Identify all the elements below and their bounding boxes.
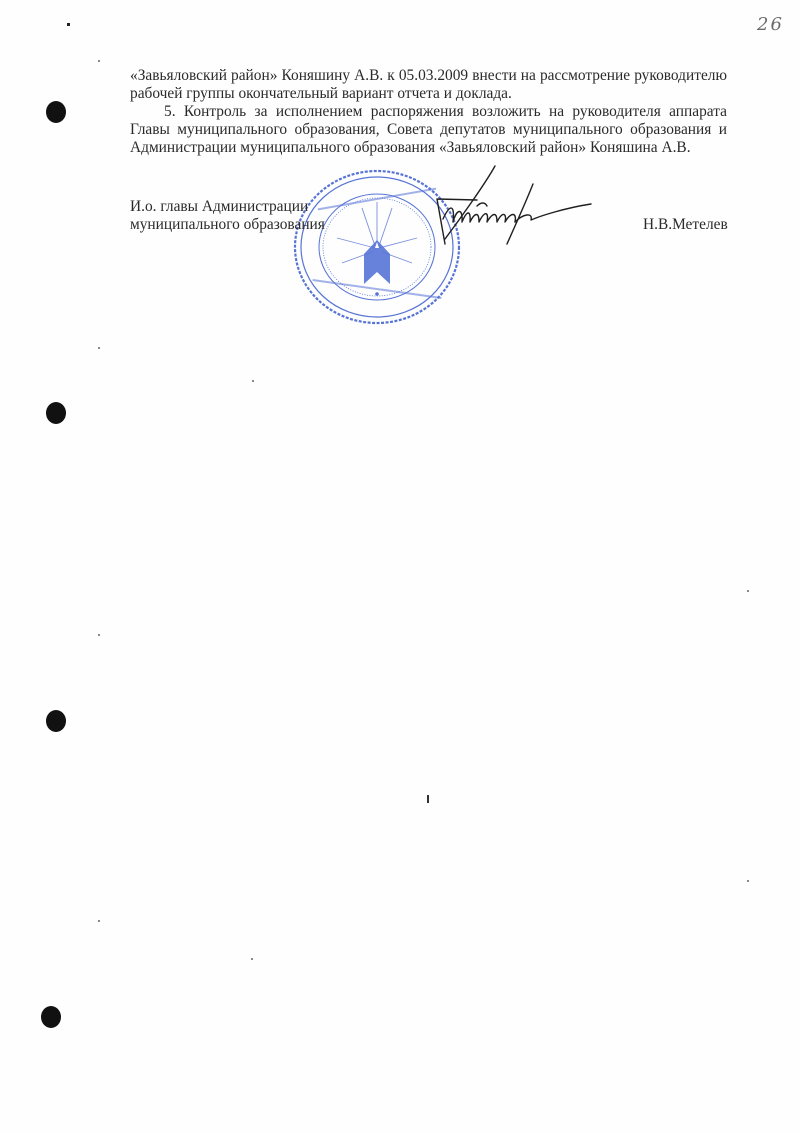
signer-position-line2: муниципального образования bbox=[130, 216, 325, 234]
punch-hole bbox=[46, 101, 66, 123]
scan-speck bbox=[98, 920, 100, 922]
scan-speck bbox=[67, 23, 70, 26]
signer-name: Н.В.Метелев bbox=[643, 216, 728, 234]
scan-speck bbox=[747, 880, 749, 882]
paragraph-item-5: 5. Контроль за исполнением распоряжения … bbox=[130, 103, 727, 157]
handwritten-signature bbox=[415, 164, 595, 254]
scan-speck bbox=[98, 634, 100, 636]
paragraph-continuation: «Завьяловский район» Коняшину А.В. к 05.… bbox=[130, 67, 727, 103]
scan-speck bbox=[747, 590, 749, 592]
scan-speck bbox=[98, 60, 100, 62]
handwritten-page-number: 26 bbox=[757, 14, 784, 35]
punch-hole bbox=[46, 402, 66, 424]
punch-hole bbox=[46, 710, 66, 732]
scan-mark bbox=[427, 795, 429, 803]
signature-block: И.о. главы Администрации муниципального … bbox=[130, 198, 325, 234]
scan-speck bbox=[252, 380, 254, 382]
signer-position-line1: И.о. главы Администрации bbox=[130, 198, 325, 216]
scan-speck bbox=[98, 347, 100, 349]
document-page: 26 «Завьяловский район» Коняшину А.В. к … bbox=[0, 0, 800, 1133]
scan-speck bbox=[251, 958, 253, 960]
document-body: «Завьяловский район» Коняшину А.В. к 05.… bbox=[130, 67, 727, 157]
punch-hole bbox=[41, 1006, 61, 1028]
